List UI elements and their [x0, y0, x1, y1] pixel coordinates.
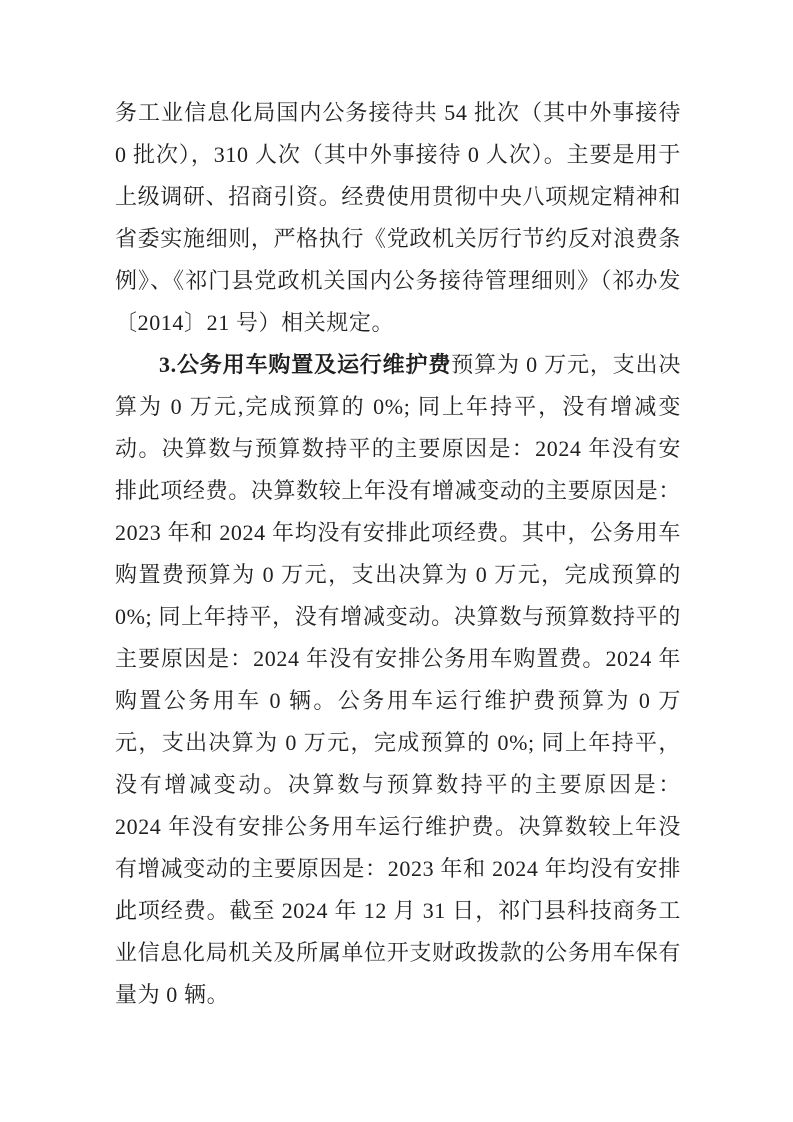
- document-body: 务工业信息化局国内公务接待共 54 批次（其中外事接待 0 批次），310 人次…: [115, 92, 681, 1016]
- vehicle-funds-text: 预算为 0 万元，支出决算为 0 万元,完成预算的 0%; 同上年持平，没有增减…: [115, 352, 681, 1007]
- document-page: 务工业信息化局国内公务接待共 54 批次（其中外事接待 0 批次），310 人次…: [0, 0, 793, 1122]
- paragraph-vehicle-purchase-maintenance: 3.公务用车购置及运行维护费预算为 0 万元，支出决算为 0 万元,完成预算的 …: [115, 344, 681, 1016]
- vehicle-funds-heading: 3.公务用车购置及运行维护费: [159, 352, 451, 377]
- paragraph-official-reception: 务工业信息化局国内公务接待共 54 批次（其中外事接待 0 批次），310 人次…: [115, 92, 681, 344]
